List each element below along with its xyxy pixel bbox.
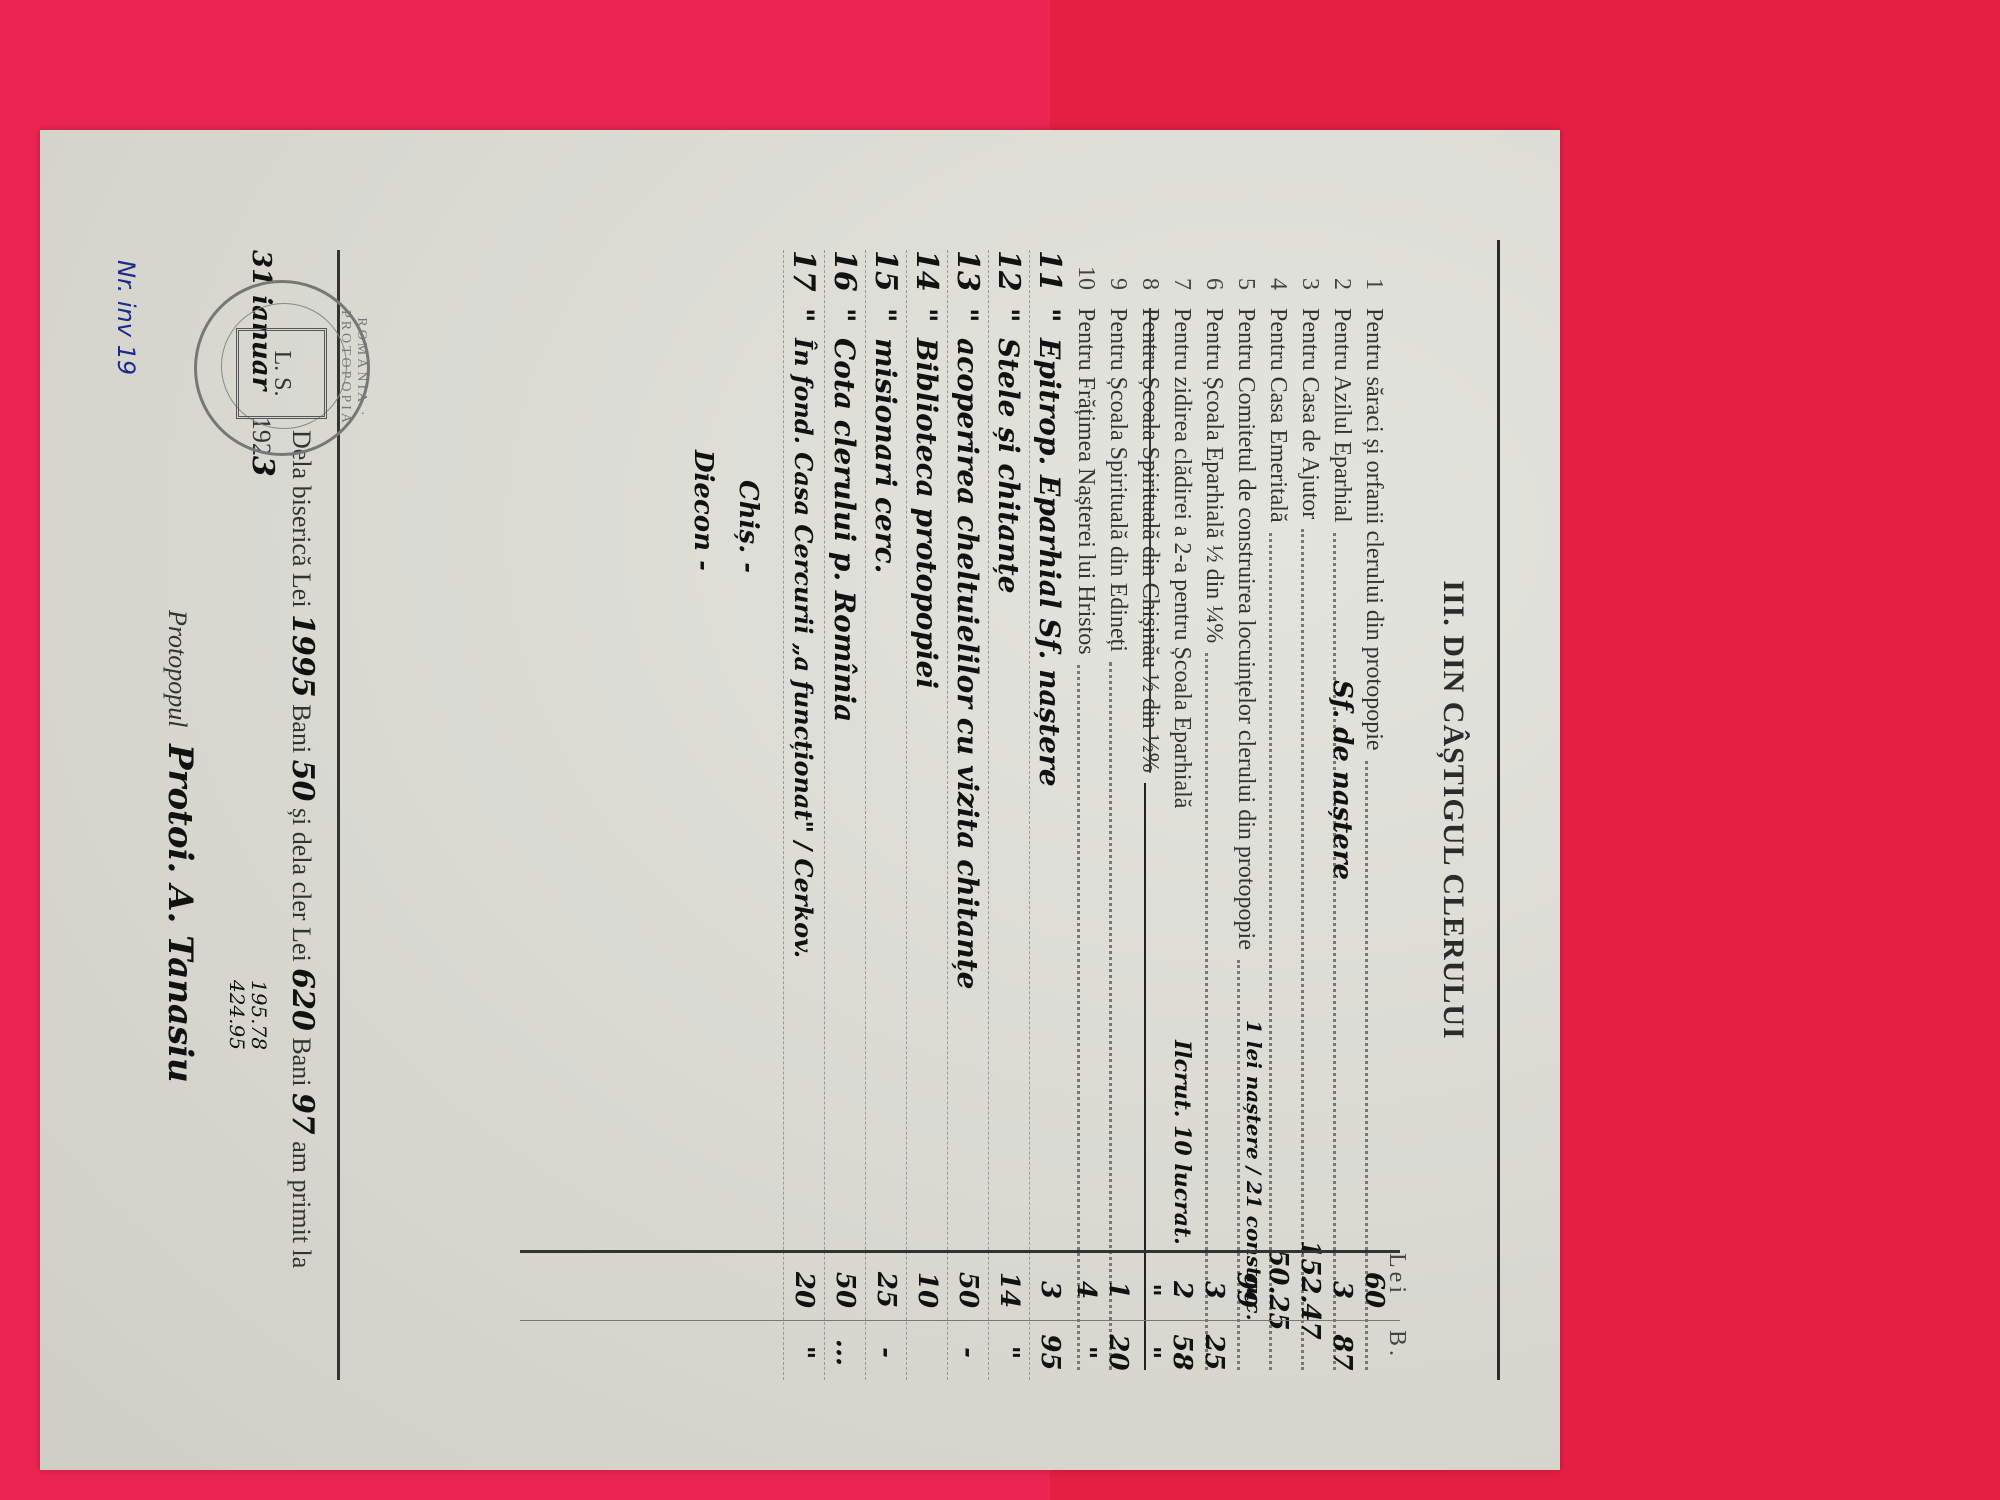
inventory-note: Nr. inv 19 [112,260,140,375]
handwritten-row: 14 " Biblioteca protopopiei 10 [906,250,947,1380]
official-stamp: ROMÂNIA · PROTOPOPIA L. S. [194,280,370,456]
section-title: III. DIN CÂȘTIGUL CLERULUI [1436,240,1470,1380]
lei-cler: 620 [285,968,320,1031]
handwritten-row: 13 " acoperirea cheltuielilor cu vizita … [947,250,988,1380]
handwritten-row: 17 " În fond. Casa Cercurii „a funcționa… [783,250,824,1380]
money-column-divider [520,1250,1400,1253]
ls-box: L. S. [236,328,327,419]
table-row: 2 Pentru Azilul Eparhial Sf. de naștere … [1326,250,1358,1380]
top-rule [1497,240,1500,1380]
table-row: 9 Pentru Școala Spirituală din Edineți 1… [1102,250,1134,1380]
handwritten-row: 11 " Epitrop. Eparhial Sf. naștere 3 95 [1029,250,1070,1380]
document-page: III. DIN CÂȘTIGUL CLERULUI Lei B. 1 Pent… [40,130,1560,1470]
protopop-signature-line: Protopopul Protoi. A. Tanasiu [160,610,200,1083]
protopop-signature: Protoi. A. Tanasiu [160,744,200,1083]
footer-sum-line: Dela biserică Lei 1995 Bani 50 și dela c… [285,430,320,1268]
lei-bani-divider [520,1320,1400,1321]
table-row: 5 Pentru Comitetul de construirea locuin… [1230,250,1262,1380]
table-row: 6 Pentru Școala Eparhială ½ din ¼% 3 25 [1198,250,1230,1380]
handwritten-row: 12 " Stele și chitanțe 14 " [988,250,1029,1380]
handwritten-row: 16 " Cota clerului p. Romînia 50 ... [824,250,865,1380]
printed-rows: 1 Pentru săraci și orfanii clerului din … [653,250,1390,1380]
lei-biserica: 1995 [285,614,320,698]
bani-biserica: 50 [285,760,320,802]
table-row: 4 Pentru Casa Emeritală 50.25 [1262,250,1294,1380]
table-row-struck: 8 Pentru Școala Spirituală din Chișinău … [1134,250,1166,1380]
table-row: 7 Pentru zidirea clădirei a 2-a pentru Ș… [1166,250,1198,1380]
calculation-note: 195.78 424.95 [226,980,270,1050]
table-row: 3 Pentru Casa de Ajutor 152.47 [1294,250,1326,1380]
table-row: 10 Pentru Frățimea Nașterei lui Hristos … [1070,250,1102,1380]
bani-cler: 97 [285,1093,320,1135]
handwritten-row: 15 " misionari cerc. 25 - [865,250,906,1380]
empty-ruled-area: Chiș. - Diecon - [653,250,783,1380]
table-row: 1 Pentru săraci și orfanii clerului din … [1358,250,1390,1380]
